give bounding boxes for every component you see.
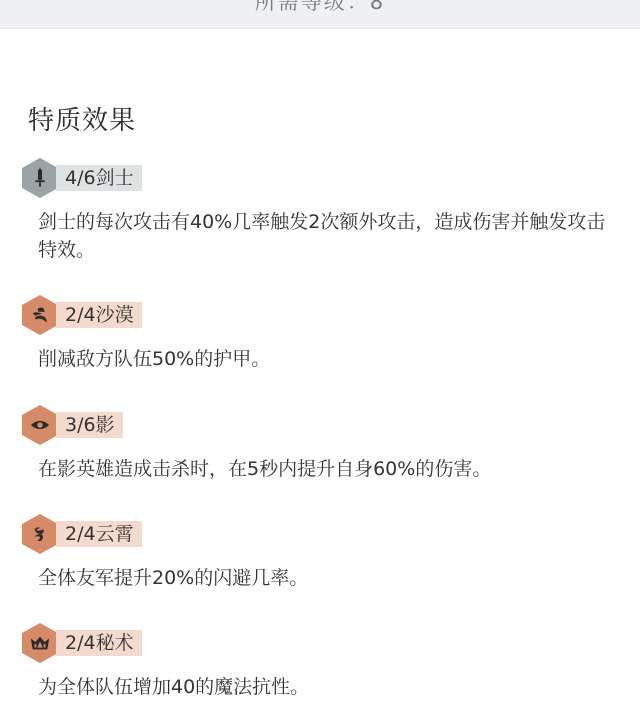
trait-badge: [22, 623, 58, 663]
trait-description: 剑士的每次攻击有40%几率触发2次额外攻击，造成伤害并触发攻击特效。: [22, 208, 612, 264]
trait-header: 4/6剑士: [22, 158, 622, 198]
trait-item-shadow: 3/6影 在影英雄造成击杀时，在5秒内提升自身60%的伤害。: [22, 405, 622, 483]
desert-icon: [29, 304, 51, 326]
trait-description: 全体友军提升20%的闪避几率。: [22, 564, 612, 592]
trait-header: 2/4云霄: [22, 514, 622, 554]
trait-label: 4/6剑士: [56, 165, 142, 191]
trait-description: 为全体队伍增加40的魔法抗性。: [22, 673, 612, 701]
trait-header: 3/6影: [22, 405, 622, 445]
trait-item-mystic: 2/4秘术 为全体队伍增加40的魔法抗性。: [22, 623, 622, 701]
required-level-text: 所需等级：8: [0, 0, 640, 16]
cloud-icon: [29, 523, 51, 545]
trait-item-swordsman: 4/6剑士 剑士的每次攻击有40%几率触发2次额外攻击，造成伤害并触发攻击特效。: [22, 158, 622, 264]
section-title: 特质效果: [28, 100, 136, 137]
trait-badge: [22, 158, 58, 198]
sword-icon: [29, 167, 51, 189]
top-bar: 所需等级：8: [0, 0, 640, 29]
trait-label: 2/4云霄: [56, 521, 142, 547]
trait-badge: [22, 405, 58, 445]
trait-label: 2/4沙漠: [56, 302, 142, 328]
eye-icon: [29, 414, 51, 436]
trait-description: 削减敌方队伍50%的护甲。: [22, 345, 612, 373]
trait-badge: [22, 295, 58, 335]
trait-label: 2/4秘术: [56, 630, 142, 656]
trait-badge: [22, 514, 58, 554]
crown-icon: [29, 632, 51, 654]
trait-description: 在影英雄造成击杀时，在5秒内提升自身60%的伤害。: [22, 455, 612, 483]
trait-header: 2/4沙漠: [22, 295, 622, 335]
trait-item-desert: 2/4沙漠 削减敌方队伍50%的护甲。: [22, 295, 622, 373]
trait-label: 3/6影: [56, 412, 123, 438]
trait-header: 2/4秘术: [22, 623, 622, 663]
trait-item-cloud: 2/4云霄 全体友军提升20%的闪避几率。: [22, 514, 622, 592]
